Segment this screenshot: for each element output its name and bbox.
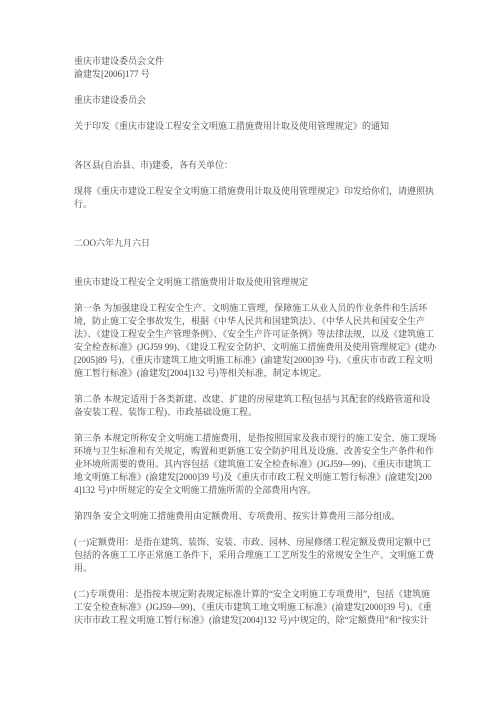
article-2: 第二条 本规定适用于各类新建、改建、扩建的房屋建筑工程(包括与其配套的线路管道和… bbox=[74, 393, 438, 419]
article-1: 第一条 为加强建设工程安全生产、文明施工管理，保障施工从业人员的作业条件和生活环… bbox=[74, 302, 438, 380]
notice-title: 关于印发《重庆市建设工程安全文明施工措施费用计取及使用管理规定》的通知 bbox=[74, 120, 438, 133]
article-3: 第三条 本规定所称安全文明施工措施费用，是指按照国家及我市现行的施工安全、施工现… bbox=[74, 432, 438, 497]
clause-item-2: (二)专项费用：是指按本规定附表规定标准计算的“安全文明施工专项费用”，包括《建… bbox=[74, 588, 438, 627]
letterhead-title: 重庆市建设委员会文件 bbox=[74, 55, 438, 68]
clause-item-1: (一)定额费用：是指在建筑、装饰、安装、市政、园林、房屋修缮工程定额及费用定额中… bbox=[74, 536, 438, 575]
issuing-org: 重庆市建设委员会 bbox=[74, 94, 438, 107]
regulation-title: 重庆市建设工程安全文明施工措施费用计取及使用管理规定 bbox=[74, 276, 438, 289]
issue-date: 二OO六年九月六日 bbox=[74, 237, 438, 250]
salutation: 各区县(自治县、市)建委，各有关单位： bbox=[74, 159, 438, 172]
doc-ref-number: 渝建发[2006]177 号 bbox=[74, 68, 438, 81]
article-4: 第四条 安全文明施工措施费用由定额费用、专项费用、按实计算费用三部分组成。 bbox=[74, 510, 438, 523]
document-page: 重庆市建设委员会文件 渝建发[2006]177 号 重庆市建设委员会 关于印发《… bbox=[0, 0, 496, 702]
forwarding-statement: 现将《重庆市建设工程安全文明施工措施费用计取及使用管理规定》印发给你们，请遵照执… bbox=[74, 185, 438, 211]
